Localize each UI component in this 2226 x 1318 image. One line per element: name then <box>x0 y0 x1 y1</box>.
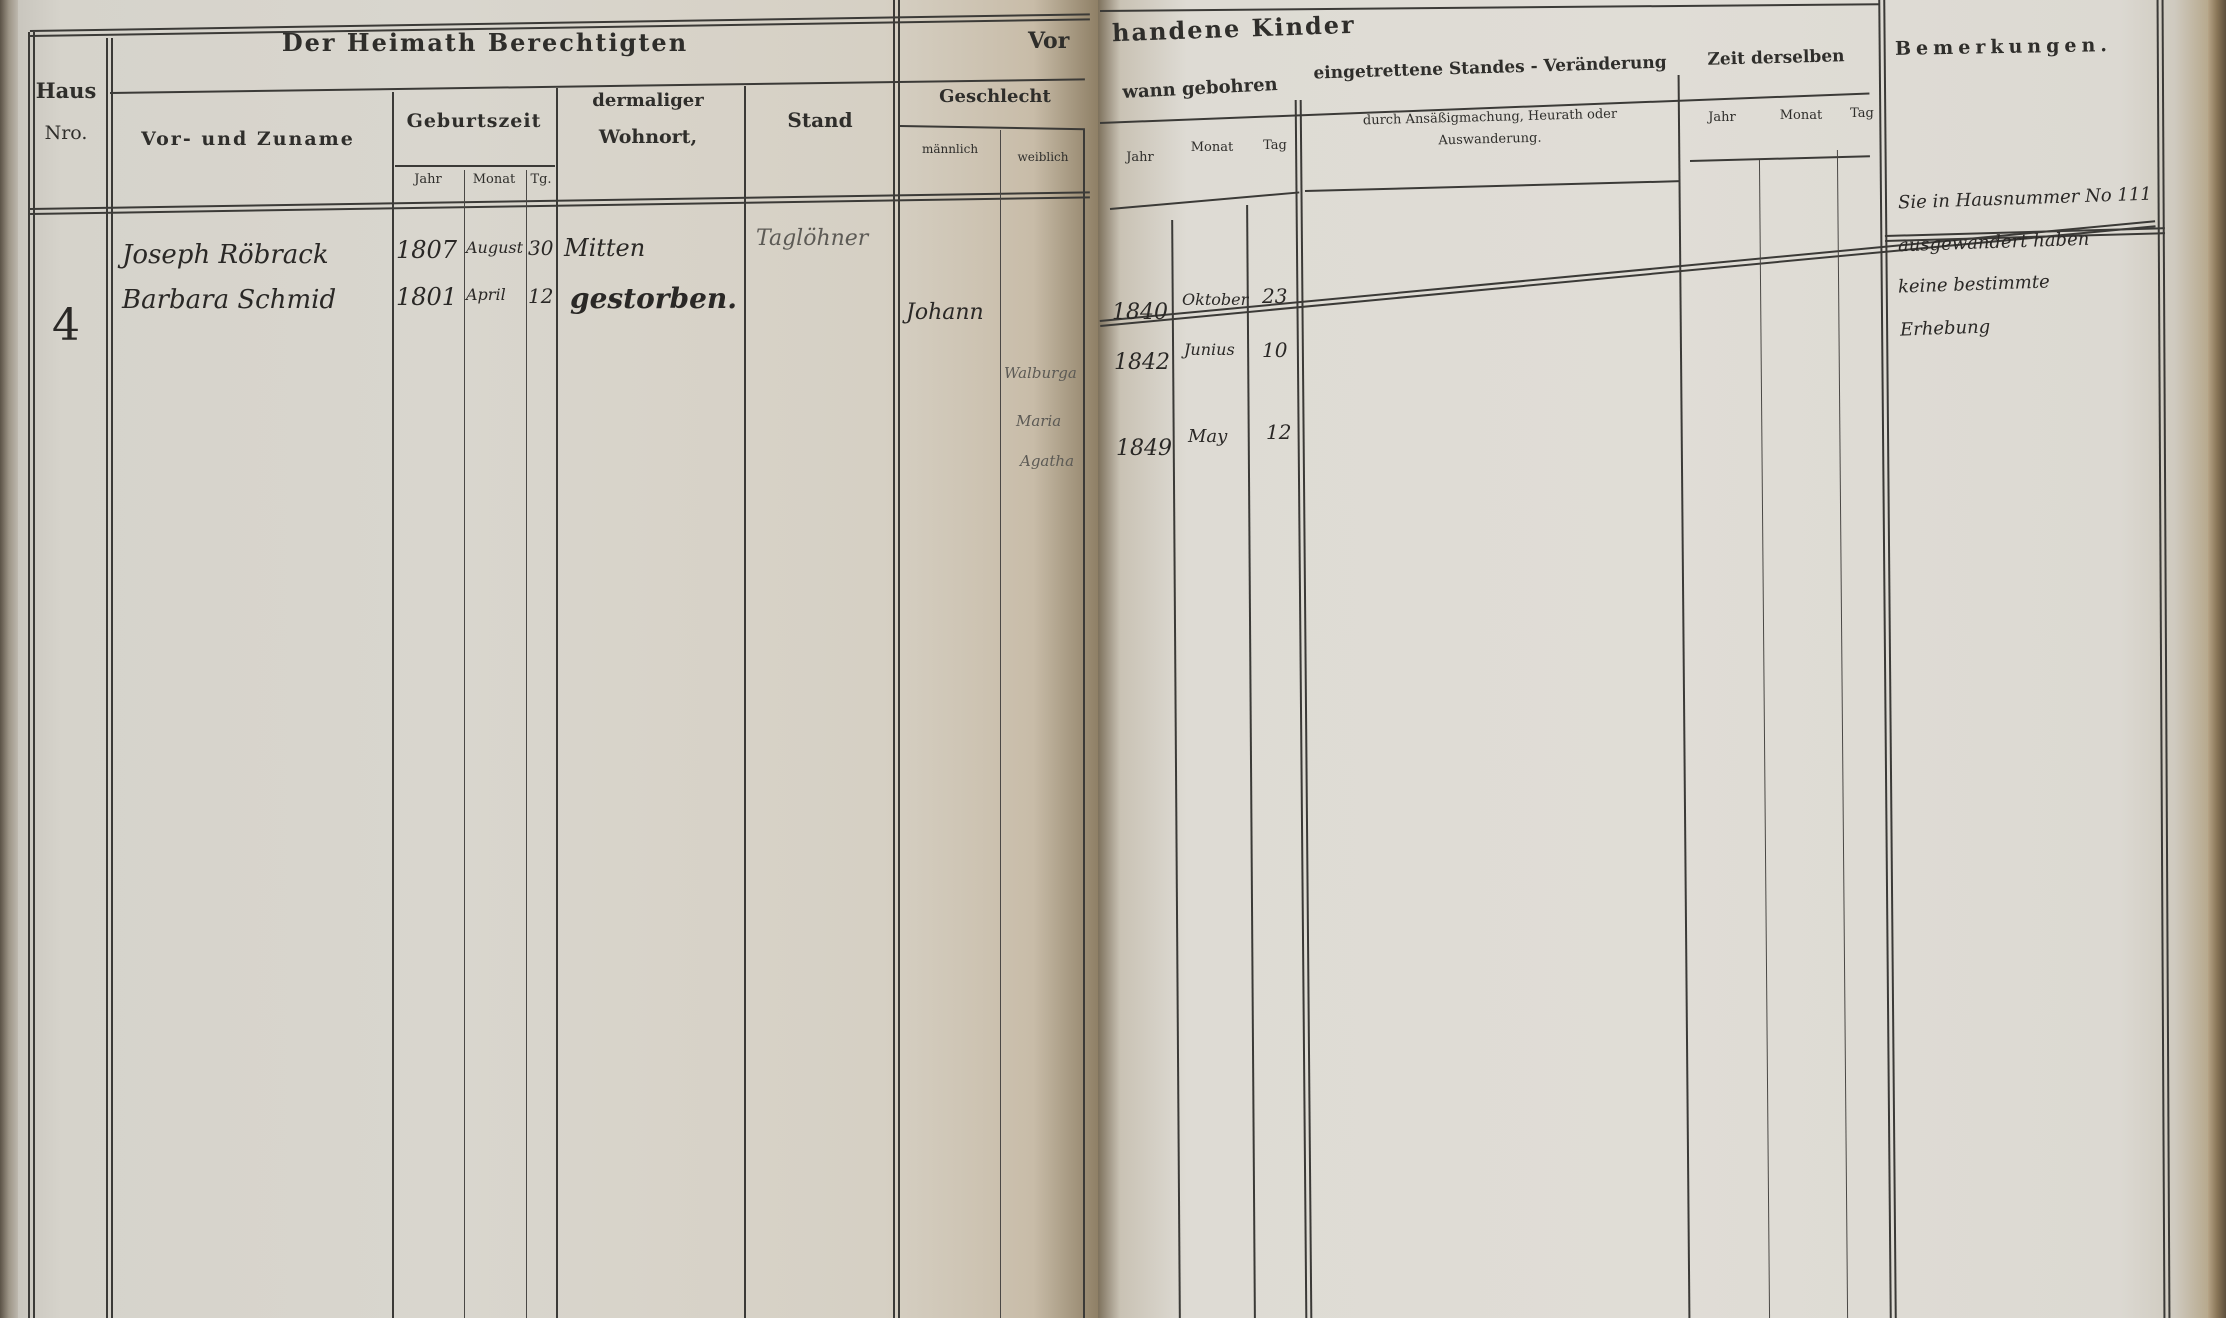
book-edge-left <box>0 0 18 1318</box>
person-1-name: Joseph Röbrack <box>122 240 329 270</box>
header-kinder-monat: Monat <box>1191 140 1234 155</box>
child-3-monat: May <box>1188 426 1227 447</box>
header-zeit-monat: Monat <box>1780 108 1823 123</box>
person-2-jahr: 1801 <box>396 283 457 311</box>
child-3-jahr: 1849 <box>1116 436 1172 461</box>
title-heimath-berechtigten: Der Heimath Berechtigten <box>282 28 688 57</box>
child-2-name: Walburga <box>1004 364 1077 382</box>
header-wohnort-line2: Wohnort, <box>599 126 697 148</box>
jahr-col-rule <box>464 170 465 1318</box>
header-zeit-jahr: Jahr <box>1708 110 1736 125</box>
header-stand: Stand <box>787 108 852 132</box>
book-edge-right <box>2208 0 2226 1318</box>
header-haus: Haus <box>36 78 97 103</box>
header-geburtszeit: Geburtszeit <box>407 110 542 132</box>
person-2-monat: April <box>466 285 506 304</box>
person-1-jahr: 1807 <box>396 236 457 264</box>
weiblich-col-rule <box>1083 130 1085 1318</box>
person-2-name: Barbara Schmid <box>122 285 336 315</box>
header-weiblich: weiblich <box>1017 150 1068 164</box>
maennlich-col-rule <box>1000 130 1001 1318</box>
header-zeit-tag: Tag <box>1850 106 1874 121</box>
tag-col-rule <box>556 88 558 1318</box>
left-outer-border <box>28 32 35 1318</box>
child-1-name: Johann <box>906 300 984 325</box>
header-geschlecht: Geschlecht <box>939 86 1051 107</box>
person-2-wohnort: gestorben. <box>570 282 737 315</box>
person-1-tag: 30 <box>528 236 553 260</box>
child-2-tag: 10 <box>1262 338 1287 362</box>
header-name: Vor- und Zuname <box>141 128 355 150</box>
child-3-name-line2: Agatha <box>1020 452 1074 470</box>
header-nro: Nro. <box>45 122 88 144</box>
person-2-tag: 12 <box>528 284 553 308</box>
person-1-wohnort: Mitten <box>564 234 645 262</box>
header-geburt-tag: Tg. <box>530 172 551 187</box>
header-wohnort-line1: dermaliger <box>592 90 703 111</box>
wohnort-col-rule <box>744 86 746 1318</box>
child-1-monat: Oktober <box>1182 290 1248 309</box>
header-zeit-derselben: Zeit derselben <box>1707 46 1845 70</box>
child-2-jahr: 1842 <box>1114 350 1170 375</box>
child-2-monat: Junius <box>1184 340 1235 359</box>
title-vor: Vor <box>1028 28 1069 54</box>
header-kinder-jahr: Jahr <box>1126 150 1154 165</box>
header-standes-sub2: Auswanderung. <box>1438 131 1541 149</box>
person-1-monat: August <box>466 238 523 257</box>
child-3-name-line1: Maria <box>1016 412 1061 430</box>
monat-col-rule <box>526 170 527 1318</box>
person-1-stand: Taglöhner <box>756 226 868 251</box>
stand-col-rule <box>893 0 900 1318</box>
header-bemerkungen: Bemerkungen. <box>1895 34 2112 60</box>
name-col-rule <box>392 92 394 1318</box>
child-1-jahr: 1840 <box>1112 300 1168 325</box>
child-1-tag: 23 <box>1262 284 1287 308</box>
bemerkung-line-4: Erhebung <box>1900 316 1991 340</box>
haus-col-rule <box>106 38 113 1318</box>
header-kinder-tag: Tag <box>1263 138 1287 153</box>
header-geburt-jahr: Jahr <box>414 172 442 187</box>
child-3-tag: 12 <box>1266 420 1291 444</box>
header-maennlich: männlich <box>922 142 978 156</box>
geburtszeit-subrule <box>395 165 555 167</box>
entry-haus-nro: 4 <box>52 300 80 351</box>
header-geburt-monat: Monat <box>473 172 516 187</box>
